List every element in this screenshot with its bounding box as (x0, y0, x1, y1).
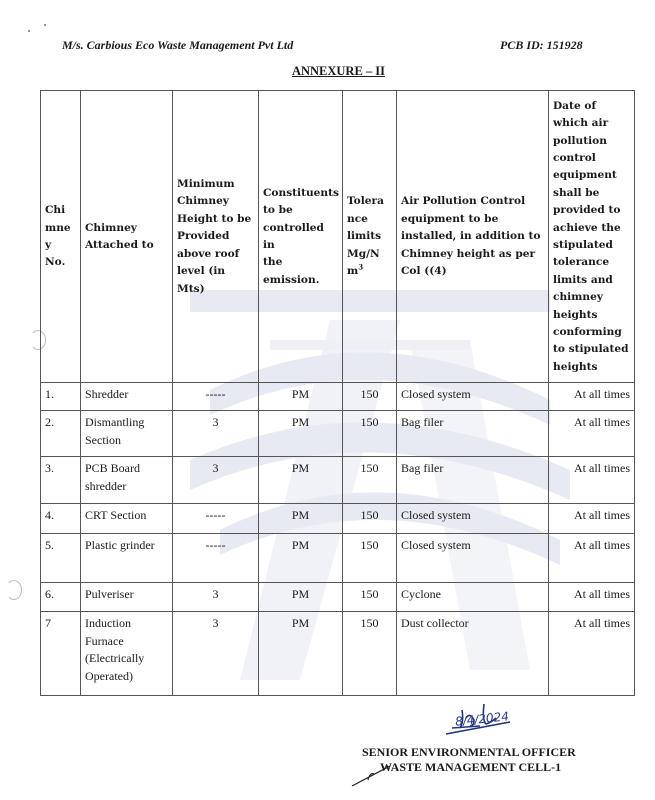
row-min-height: 3 (173, 612, 259, 696)
row-apc-equipment: Closed system (397, 383, 549, 411)
row-constituent: PM (259, 612, 343, 696)
row-constituent: PM (259, 383, 343, 411)
row-constituent: PM (259, 457, 343, 504)
designation-line-1: SENIOR ENVIRONMENTAL OFFICER (362, 745, 576, 760)
row-attached-to: PCB Board shredder (81, 457, 173, 504)
header-apc-equipment: Air Pollution Controlequipment to beinst… (397, 91, 549, 383)
row-attached-to: Induction Furnace (Electrically Operated… (81, 612, 173, 696)
table-row: 6.Pulveriser3PM150CycloneAt all times (41, 583, 635, 612)
table-row: 3.PCB Board shredder3PM150Bag filerAt al… (41, 457, 635, 504)
row-constituent: PM (259, 534, 343, 583)
row-number: 2. (41, 411, 81, 457)
row-min-height: 3 (173, 583, 259, 612)
row-number: 3. (41, 457, 81, 504)
row-apc-equipment: Dust collector (397, 612, 549, 696)
row-constituent: PM (259, 583, 343, 612)
row-attached-to: CRT Section (81, 504, 173, 534)
row-attached-to: Shredder (81, 383, 173, 411)
row-constituent: PM (259, 411, 343, 457)
row-date: At all times (549, 534, 635, 583)
row-date: At all times (549, 383, 635, 411)
table-row: 4.CRT Section-----PM150Closed systemAt a… (41, 504, 635, 534)
officer-designation: SENIOR ENVIRONMENTAL OFFICER WASTE MANAG… (362, 745, 576, 775)
row-date: At all times (549, 612, 635, 696)
row-date: At all times (549, 457, 635, 504)
row-apc-equipment: Closed system (397, 504, 549, 534)
table-row: 7Induction Furnace (Electrically Operate… (41, 612, 635, 696)
header-constituents: Constituentsto becontrolled intheemissio… (259, 91, 343, 383)
row-tolerance-limit: 150 (343, 411, 397, 457)
row-number: 7 (41, 612, 81, 696)
table-row: 5.Plastic grinder-----PM150Closed system… (41, 534, 635, 583)
row-min-height: ----- (173, 534, 259, 583)
speck (28, 30, 30, 32)
row-number: 4. (41, 504, 81, 534)
row-date: At all times (549, 411, 635, 457)
row-min-height: 3 (173, 411, 259, 457)
row-number: 6. (41, 583, 81, 612)
header-date: Date ofwhich airpollutioncontrolequipmen… (549, 91, 635, 383)
row-min-height: ----- (173, 504, 259, 534)
header-min-height: MinimumChimneyHeight to beProvidedabove … (173, 91, 259, 383)
row-number: 5. (41, 534, 81, 583)
designation-line-2: WASTE MANAGEMENT CELL-1 (362, 760, 576, 775)
row-tolerance-limit: 150 (343, 504, 397, 534)
company-name: M/s. Carbious Eco Waste Management Pvt L… (62, 38, 293, 53)
table-row: 1.Shredder-----PM150Closed systemAt all … (41, 383, 635, 411)
row-tolerance-limit: 150 (343, 383, 397, 411)
row-tolerance-limit: 150 (343, 583, 397, 612)
row-attached-to: Plastic grinder (81, 534, 173, 583)
row-number: 1. (41, 383, 81, 411)
annexure-title: ANNEXURE – II (0, 64, 655, 79)
speck (44, 24, 46, 26)
row-date: At all times (549, 504, 635, 534)
header-chimney-attached: ChimneyAttached to (81, 91, 173, 383)
table-row: 2.Dismantling Section3PM150Bag filerAt a… (41, 411, 635, 457)
row-tolerance-limit: 150 (343, 534, 397, 583)
row-apc-equipment: Closed system (397, 534, 549, 583)
row-tolerance-limit: 150 (343, 457, 397, 504)
row-constituent: PM (259, 504, 343, 534)
row-apc-equipment: Cyclone (397, 583, 549, 612)
row-min-height: 3 (173, 457, 259, 504)
row-date: At all times (549, 583, 635, 612)
punch-hole (6, 580, 22, 600)
row-tolerance-limit: 150 (343, 612, 397, 696)
row-attached-to: Pulveriser (81, 583, 173, 612)
header-chimney-no: ChimneyNo. (41, 91, 81, 383)
row-attached-to: Dismantling Section (81, 411, 173, 457)
header-tolerance: TolerancelimitsMg/Nm3 (343, 91, 397, 383)
row-apc-equipment: Bag filer (397, 411, 549, 457)
row-min-height: ----- (173, 383, 259, 411)
row-apc-equipment: Bag filer (397, 457, 549, 504)
chimney-table: ChimneyNo. ChimneyAttached to MinimumChi… (40, 90, 635, 696)
table-header-row: ChimneyNo. ChimneyAttached to MinimumChi… (41, 91, 635, 383)
pcb-id: PCB ID: 151928 (500, 38, 583, 53)
